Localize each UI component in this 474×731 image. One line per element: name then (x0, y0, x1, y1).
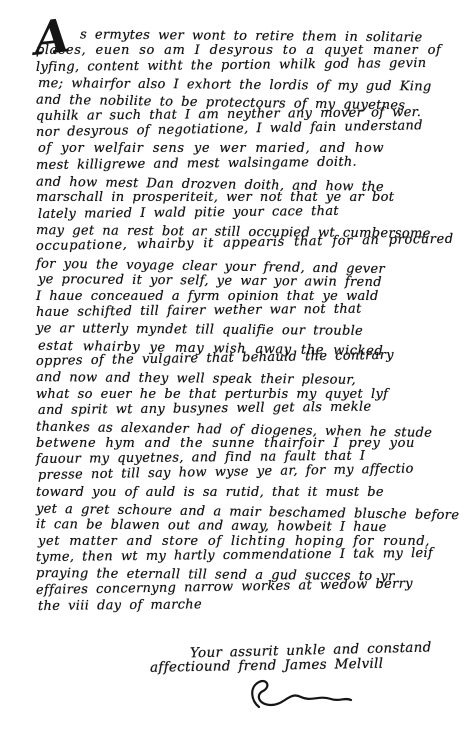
letter-line: haue schifted till fairer wether war not… (36, 300, 466, 321)
letter-line: and spirit wt any busynes well get als m… (38, 398, 466, 419)
letter-line: the viii day of marche (38, 595, 466, 616)
closing-block: Your assurit unkle and constand affectio… (150, 643, 460, 717)
signature-line: affectiound frend James Melvill (150, 655, 460, 675)
letter-line: lately maried I wald pitie your cace tha… (38, 202, 466, 223)
letter-line: toward you of auld is sa rutid, that it … (36, 485, 466, 501)
signature-flourish (245, 675, 355, 713)
manuscript-letter-page: A s ermytes wer wont to retire them in s… (0, 0, 474, 731)
letter-line: tyme, then wt my hartly commendatione I … (36, 545, 466, 566)
letter-body: s ermytes wer wont to retire them in sol… (36, 27, 466, 615)
letter-line: mest killigrewe and mest walsingame doit… (36, 153, 466, 174)
letter-line: ye ar utterly myndet till qualifie our t… (36, 321, 466, 341)
